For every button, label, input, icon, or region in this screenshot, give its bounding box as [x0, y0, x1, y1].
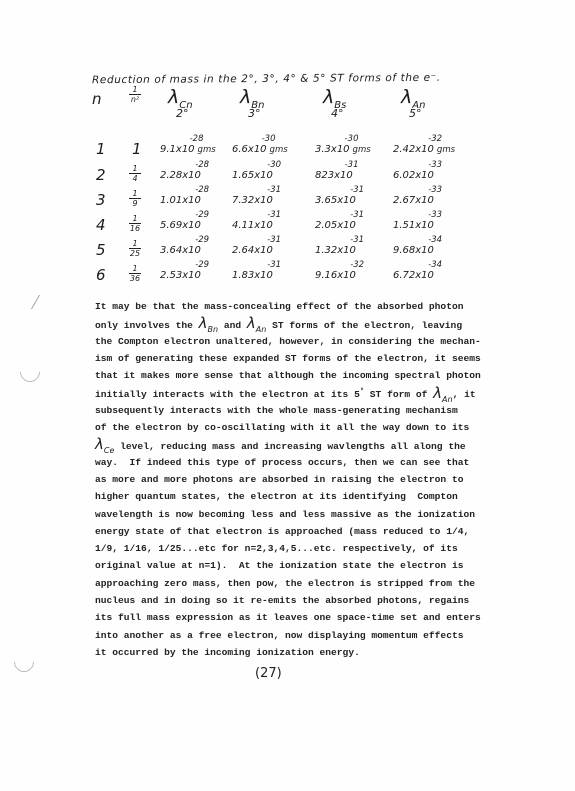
- paragraph-line: into another as a free electron, now dis…: [95, 627, 535, 644]
- row-inverse-n-squared: 136: [128, 264, 142, 283]
- paragraph-line: higher quantum states, the electron at i…: [95, 488, 535, 505]
- punch-hole-mark: [16, 358, 44, 386]
- row-inverse-n-squared: 1: [132, 140, 142, 158]
- document-page: Reduction of mass in the 2°, 3°, 4° & 5°…: [0, 0, 575, 791]
- paragraph-line: the Compton electron unaltered, however,…: [95, 333, 535, 350]
- column-order-lambda_Bs: 4°: [331, 107, 344, 120]
- paragraph-line: as more and more photons are absorbed in…: [95, 471, 535, 488]
- table-title: Reduction of mass in the 2°, 3°, 4° & 5°…: [92, 72, 441, 86]
- punch-hole-mark: [10, 648, 38, 676]
- mass-value-cell: 6.72x10-34: [393, 270, 434, 281]
- paragraph-line: only involves the λBn and λAn ST forms o…: [95, 315, 535, 332]
- row-n-value: 1: [96, 140, 106, 158]
- lambda-symbol: λCe: [95, 435, 114, 453]
- mass-value-cell: 3.65x10-31: [315, 195, 356, 206]
- paragraph-line: wavelength is now becoming less and less…: [95, 506, 535, 523]
- margin-mark: [31, 295, 50, 309]
- mass-value-cell: 5.69x10-29: [160, 220, 201, 231]
- row-n-value: 4: [96, 216, 106, 234]
- paragraph-line: way. If indeed this type of process occu…: [95, 454, 535, 471]
- mass-value-cell: 3.3x10-30gms: [315, 144, 371, 155]
- row-n-value: 3: [96, 191, 106, 209]
- body-paragraph: It may be that the mass-concealing effec…: [95, 298, 535, 661]
- row-n-value: 6: [96, 266, 106, 284]
- lambda-symbol: λAn: [433, 384, 452, 402]
- paragraph-line: initially interacts with the electron at…: [95, 384, 535, 401]
- row-n-value: 2: [96, 166, 106, 184]
- lambda-symbol: λBn: [199, 314, 218, 332]
- mass-value-cell: 1.01x10-28: [160, 195, 201, 206]
- mass-value-cell: 1.83x10-31: [232, 270, 273, 281]
- paragraph-line: energy state of that electron is approac…: [95, 523, 535, 540]
- column-header-n: n: [92, 90, 102, 108]
- mass-value-cell: 3.64x10-29: [160, 245, 201, 256]
- row-inverse-n-squared: 14: [128, 164, 142, 183]
- paragraph-line: subsequently interacts with the whole ma…: [95, 402, 535, 419]
- column-header-inverse-n-squared: 1n²: [128, 85, 142, 104]
- row-inverse-n-squared: 125: [128, 239, 142, 258]
- column-order-lambda_Bn: 3°: [248, 107, 261, 120]
- paragraph-line: original value at n=1). At the ionizatio…: [95, 557, 535, 574]
- mass-value-cell: 9.1x10-28gms: [160, 144, 216, 155]
- page-number: (27): [255, 666, 282, 681]
- paragraph-line: nucleus and in doing so it re-emits the …: [95, 592, 535, 609]
- column-order-lambda_An: 5°: [409, 107, 422, 120]
- row-inverse-n-squared: 19: [128, 189, 142, 208]
- mass-value-cell: 4.11x10-31: [232, 220, 273, 231]
- paragraph-line: of the electron by co-oscillating with i…: [95, 419, 535, 436]
- mass-value-cell: 2.53x10-29: [160, 270, 201, 281]
- row-n-value: 5: [96, 241, 106, 259]
- mass-value-cell: 7.32x10-31: [232, 195, 273, 206]
- mass-value-cell: 2.28x10-28: [160, 170, 201, 181]
- mass-value-cell: 6.6x10-30gms: [232, 144, 288, 155]
- mass-value-cell: 1.32x10-31: [315, 245, 356, 256]
- mass-value-cell: 1.51x10-33: [393, 220, 434, 231]
- paragraph-line: it occurred by the incoming ionization e…: [95, 644, 535, 661]
- paragraph-line: λCe level, reducing mass and increasing …: [95, 436, 535, 453]
- mass-value-cell: 2.67x10-33: [393, 195, 434, 206]
- paragraph-line: It may be that the mass-concealing effec…: [95, 298, 535, 315]
- paragraph-line: 1/9, 1/16, 1/25...etc for n=2,3,4,5...et…: [95, 540, 535, 557]
- paragraph-line: ism of generating these expanded ST form…: [95, 350, 535, 367]
- mass-value-cell: 1.65x10-30: [232, 170, 273, 181]
- mass-value-cell: 9.68x10-34: [393, 245, 434, 256]
- row-inverse-n-squared: 116: [128, 214, 142, 233]
- lambda-symbol: λAn: [247, 314, 266, 332]
- mass-value-cell: 2.42x10-32gms: [393, 144, 455, 155]
- paragraph-line: its full mass expression as it leaves on…: [95, 609, 535, 626]
- paragraph-line: that it makes more sense that although t…: [95, 367, 535, 384]
- column-order-lambda_Cn: 2°: [176, 107, 189, 120]
- mass-value-cell: 9.16x10-32: [315, 270, 356, 281]
- paragraph-line: approaching zero mass, then pow, the ele…: [95, 575, 535, 592]
- mass-value-cell: 2.05x10-31: [315, 220, 356, 231]
- mass-value-cell: 2.64x10-31: [232, 245, 273, 256]
- mass-value-cell: 823x10-31: [315, 170, 353, 181]
- mass-value-cell: 6.02x10-33: [393, 170, 434, 181]
